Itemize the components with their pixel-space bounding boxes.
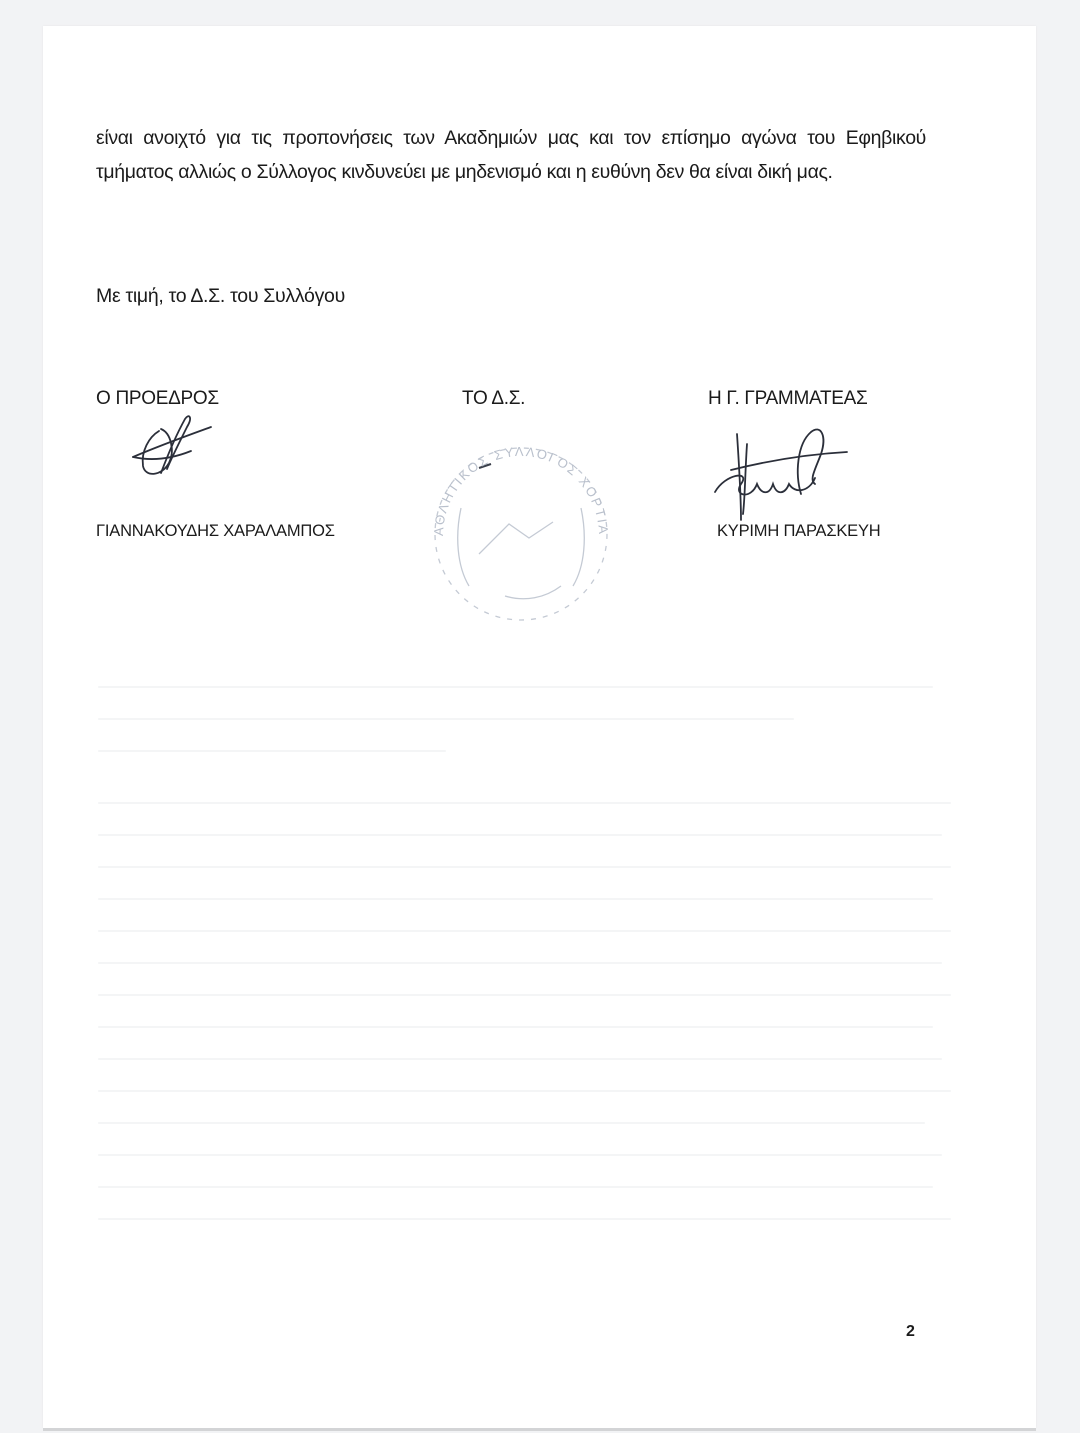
body-text: είναι ανοιχτό για τις προπονήσεις των Ακ… <box>96 121 926 189</box>
page-number: 2 <box>906 1323 915 1341</box>
stamp-icon: ΑΘΛΗΤΙΚΟΣ ΣΥΛΛΟΓΟΣ ΧΟΡΤΙΑΤΗ <box>421 426 621 631</box>
president-name: ΓΙΑΝΝΑΚΟΥΔΗΣ ΧΑΡΑΛΑΜΠΟΣ <box>96 522 335 541</box>
president-signature-icon <box>131 411 221 481</box>
body-paragraph: είναι ανοιχτό για τις προπονήσεις των Ακ… <box>96 121 926 189</box>
closing-line: Με τιμή, το Δ.Σ. του Συλλόγου <box>96 285 345 308</box>
board-role-label: ΤΟ Δ.Σ. <box>462 388 525 410</box>
secretary-role-label: Η Γ. ΓΡΑΜΜΑΤΕΑΣ <box>708 388 867 410</box>
secretary-signature-icon <box>711 414 851 524</box>
document-page: είναι ανοιχτό για τις προπονήσεις των Ακ… <box>43 26 1036 1428</box>
president-role-label: Ο ΠΡΟΕΔΡΟΣ <box>96 388 219 410</box>
secretary-name: ΚΥΡΙΜΗ ΠΑΡΑΣΚΕΥΗ <box>717 522 880 541</box>
bleed-through-text <box>98 686 968 1316</box>
